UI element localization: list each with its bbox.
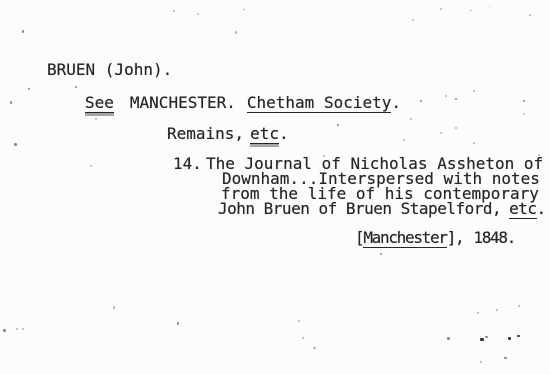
scan-speck [455,127,457,129]
imprint-close-bracket: ], [447,228,464,247]
cross-reference-line: SeeMANCHESTER.Chetham Society. [85,95,401,111]
subsection-period: . [279,124,289,143]
scan-speck [177,322,179,325]
scan-speck [22,328,24,330]
scan-speck [380,253,382,255]
entry-number: 14. [173,156,202,172]
scan-speck [518,305,520,307]
scan-speck [480,338,484,341]
scan-speck [16,328,18,330]
scan-speck [420,100,422,102]
scan-speck [410,118,412,120]
scan-speck [95,118,97,120]
scan-speck [504,357,507,359]
entry-line4-period: . [537,199,546,218]
scan-speck [470,10,472,11]
scan-speck [22,30,24,33]
scan-speck [477,312,479,314]
imprint-line: [Manchester],1848. [355,230,515,246]
scan-speck [403,139,405,141]
scan-speck [302,337,304,339]
entry-line4-text: John Bruen of Bruen Stapelford, [218,199,501,218]
scan-speck [173,10,175,12]
scan-speck [412,19,414,21]
scan-speck [445,95,447,97]
scan-speck [14,143,17,146]
scan-speck [523,100,525,102]
entry-line4-etc: etc [509,199,536,219]
scan-speck [447,337,450,340]
scan-speck [235,31,237,34]
scan-speck [529,14,531,16]
imprint-place: Manchester [363,228,446,248]
scan-speck [243,9,245,10]
scan-speck [485,336,488,338]
catalogue-card-scan: BRUEN (John). SeeMANCHESTER.Chetham Soci… [0,0,550,374]
scan-speck [489,6,490,7]
scan-speck [90,165,92,167]
subsection-etc: etc [250,124,279,144]
scan-speck [75,86,77,88]
see-label: See [85,93,114,113]
scan-speck [337,124,339,126]
scan-speck [298,320,300,322]
scan-speck [440,8,442,10]
see-target: MANCHESTER. [130,93,236,112]
scan-speck [113,306,115,309]
scan-speck [313,347,316,349]
scan-speck [197,13,199,15]
heading-line: BRUEN (John). [47,62,172,78]
subsection-line: Remains,etc. [167,126,289,142]
series-period: . [391,93,401,112]
scan-speck [496,309,498,311]
scan-speck [473,142,475,144]
subsection-text: Remains, [167,124,244,143]
scan-speck [10,101,12,104]
entry-title-line-4: John Bruen of Bruen Stapelford,etc. [218,201,546,217]
imprint-date: 1848. [473,228,515,247]
scan-speck [28,88,30,90]
scan-speck [3,329,6,332]
scan-speck [440,132,442,134]
scan-speck [480,361,482,363]
scan-speck [523,113,525,115]
series-title: Chetham Society [247,93,392,113]
scan-speck [508,337,511,340]
scan-speck [455,98,457,100]
scan-speck [517,335,520,337]
scan-speck [473,90,475,92]
heading-text: BRUEN (John). [47,60,172,79]
